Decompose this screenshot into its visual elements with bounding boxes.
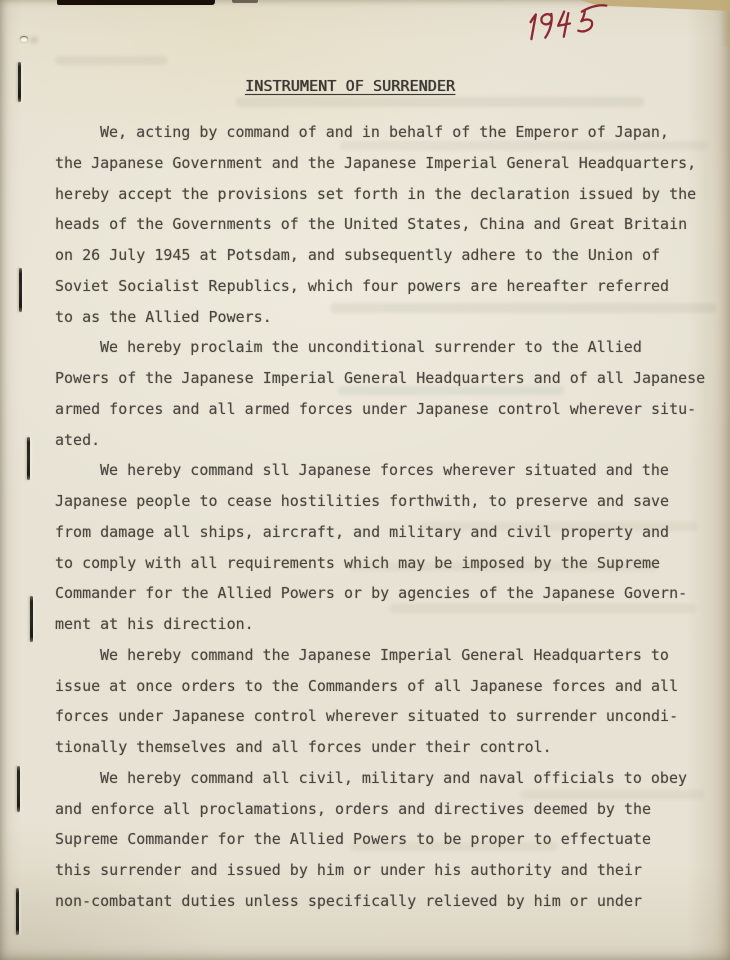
text-line: We, acting by command of and in behalf o… <box>55 117 723 148</box>
background-gap <box>57 0 215 5</box>
text-line: this surrender and issued by him or unde… <box>55 855 723 886</box>
show-through-mark <box>55 56 167 65</box>
text-line: We hereby proclaim the unconditional sur… <box>55 332 723 363</box>
text-line: Commander for the Allied Powers or by ag… <box>55 578 723 609</box>
background-gap-small <box>232 0 258 3</box>
text-line: We hereby command the Japanese Imperial … <box>55 640 723 671</box>
staple-mark <box>18 62 21 102</box>
document-title: INSTRUMENT OF SURRENDER <box>245 76 455 96</box>
staple-mark <box>27 437 30 480</box>
staple-mark <box>16 888 19 935</box>
text-line: forces under Japanese control wherever s… <box>55 701 723 732</box>
text-line: We hereby command sll Japanese forces wh… <box>55 455 723 486</box>
staple-mark <box>30 596 33 642</box>
document-text: We, acting by command of and in behalf o… <box>55 117 723 917</box>
text-line: to as the Allied Powers. <box>55 302 723 333</box>
text-line: and enforce all proclamations, orders an… <box>55 794 723 825</box>
text-line: We hereby command all civil, military an… <box>55 763 723 794</box>
text-line: Japanese people to cease hostilities for… <box>55 486 723 517</box>
text-line: non-combatant duties unless specifically… <box>55 886 723 917</box>
staple-mark <box>19 268 22 312</box>
document-page: INSTRUMENT OF SURRENDER We, acting by co… <box>0 0 730 960</box>
text-line: armed forces and all armed forces under … <box>55 394 723 425</box>
text-line: ated. <box>55 425 723 456</box>
show-through-mark <box>236 97 644 107</box>
handwritten-year <box>518 0 622 50</box>
text-line: on 26 July 1945 at Potsdam, and subseque… <box>55 240 723 271</box>
text-line: hereby accept the provisions set forth i… <box>55 179 723 210</box>
paper-flaw <box>20 36 28 42</box>
underlying-page-edge-right <box>720 0 730 46</box>
text-line: Soviet Socialist Republics, which four p… <box>55 271 723 302</box>
staple-mark <box>17 766 20 812</box>
text-line: Powers of the Japanese Imperial General … <box>55 363 723 394</box>
text-line: ment at his direction. <box>55 609 723 640</box>
text-line: heads of the Governments of the United S… <box>55 209 723 240</box>
text-line: from damage all ships, aircraft, and mil… <box>55 517 723 548</box>
text-line: issue at once orders to the Commanders o… <box>55 671 723 702</box>
text-line: Supreme Commander for the Allied Powers … <box>55 824 723 855</box>
text-line: to comply with all requirements which ma… <box>55 548 723 579</box>
text-line: tionally themselves and all forces under… <box>55 732 723 763</box>
text-line: the Japanese Government and the Japanese… <box>55 148 723 179</box>
